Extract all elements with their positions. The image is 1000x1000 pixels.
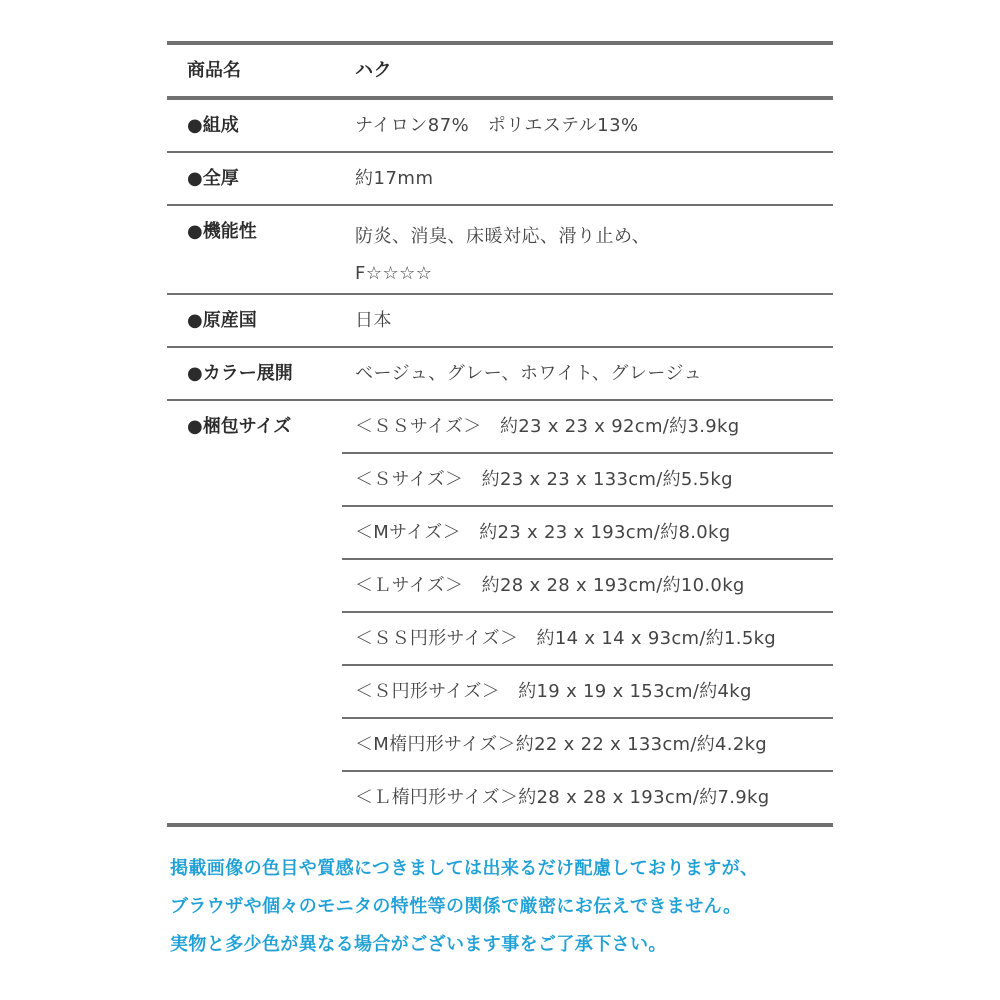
row-thickness: ●全厚 約17mm	[167, 153, 833, 204]
row-label: ●原産国	[167, 295, 355, 346]
row-colors: ●カラー展開 ベージュ、グレー、ホワイト、グレージュ	[167, 348, 833, 399]
row-value: ベージュ、グレー、ホワイト、グレージュ	[355, 348, 833, 399]
row-product-name: 商品名 ハク	[167, 45, 833, 96]
row-label: ●組成	[167, 100, 355, 151]
size-item: ＜ＳＳサイズ＞ 約23 x 23 x 92cm/約3.9kg	[335, 401, 833, 452]
size-item: ＜Mサイズ＞ 約23 x 23 x 193cm/約8.0kg	[335, 507, 833, 558]
size-item: ＜ＳＳ円形サイズ＞ 約14 x 14 x 93cm/約1.5kg	[335, 613, 833, 664]
row-origin: ●原産国 日本	[167, 295, 833, 346]
spec-table: 商品名 ハク ●組成 ナイロン87% ポリエステル13% ●全厚 約17mm ●…	[167, 41, 833, 827]
row-label: ●機能性	[167, 206, 355, 257]
row-value: ハク	[355, 45, 833, 96]
disclaimer-line: 掲載画像の色目や質感につきましては出来るだけ配慮しておりますが、	[170, 852, 870, 890]
row-value: 約17mm	[355, 153, 833, 204]
size-item: ＜Ｓサイズ＞ 約23 x 23 x 133cm/約5.5kg	[335, 454, 833, 505]
disclaimer-line: 実物と多少色が異なる場合がございます事をご了承下さい。	[170, 928, 870, 966]
size-list: ＜ＳＳサイズ＞ 約23 x 23 x 92cm/約3.9kg ＜Ｓサイズ＞ 約2…	[355, 401, 833, 823]
value-line: F☆☆☆☆	[355, 255, 833, 292]
value-line: 防炎、消臭、床暖対応、滑り止め、	[355, 218, 833, 255]
size-item: ＜Ｌサイズ＞ 約28 x 28 x 193cm/約10.0kg	[335, 560, 833, 611]
row-value: ナイロン87% ポリエステル13%	[355, 100, 833, 151]
row-label: ●カラー展開	[167, 348, 355, 399]
divider-bottom	[167, 823, 833, 827]
size-item: ＜Ｌ楕円形サイズ＞約28 x 28 x 193cm/約7.9kg	[335, 772, 833, 823]
row-value: 防炎、消臭、床暖対応、滑り止め、 F☆☆☆☆	[355, 206, 833, 292]
row-label: ●全厚	[167, 153, 355, 204]
disclaimer-line: ブラウザや個々のモニタの特性等の関係で厳密にお伝えできません。	[170, 890, 870, 928]
row-functions: ●機能性 防炎、消臭、床暖対応、滑り止め、 F☆☆☆☆	[167, 206, 833, 293]
row-label: ●梱包サイズ	[167, 401, 355, 823]
size-item: ＜Ｓ円形サイズ＞ 約19 x 19 x 153cm/約4kg	[335, 666, 833, 717]
color-disclaimer: 掲載画像の色目や質感につきましては出来るだけ配慮しておりますが、 ブラウザや個々…	[170, 852, 870, 966]
row-composition: ●組成 ナイロン87% ポリエステル13%	[167, 100, 833, 151]
size-item: ＜M楕円形サイズ＞約22 x 22 x 133cm/約4.2kg	[335, 719, 833, 770]
row-package-sizes: ●梱包サイズ ＜ＳＳサイズ＞ 約23 x 23 x 92cm/約3.9kg ＜Ｓ…	[167, 401, 833, 823]
row-value: 日本	[355, 295, 833, 346]
row-label: 商品名	[167, 45, 355, 96]
